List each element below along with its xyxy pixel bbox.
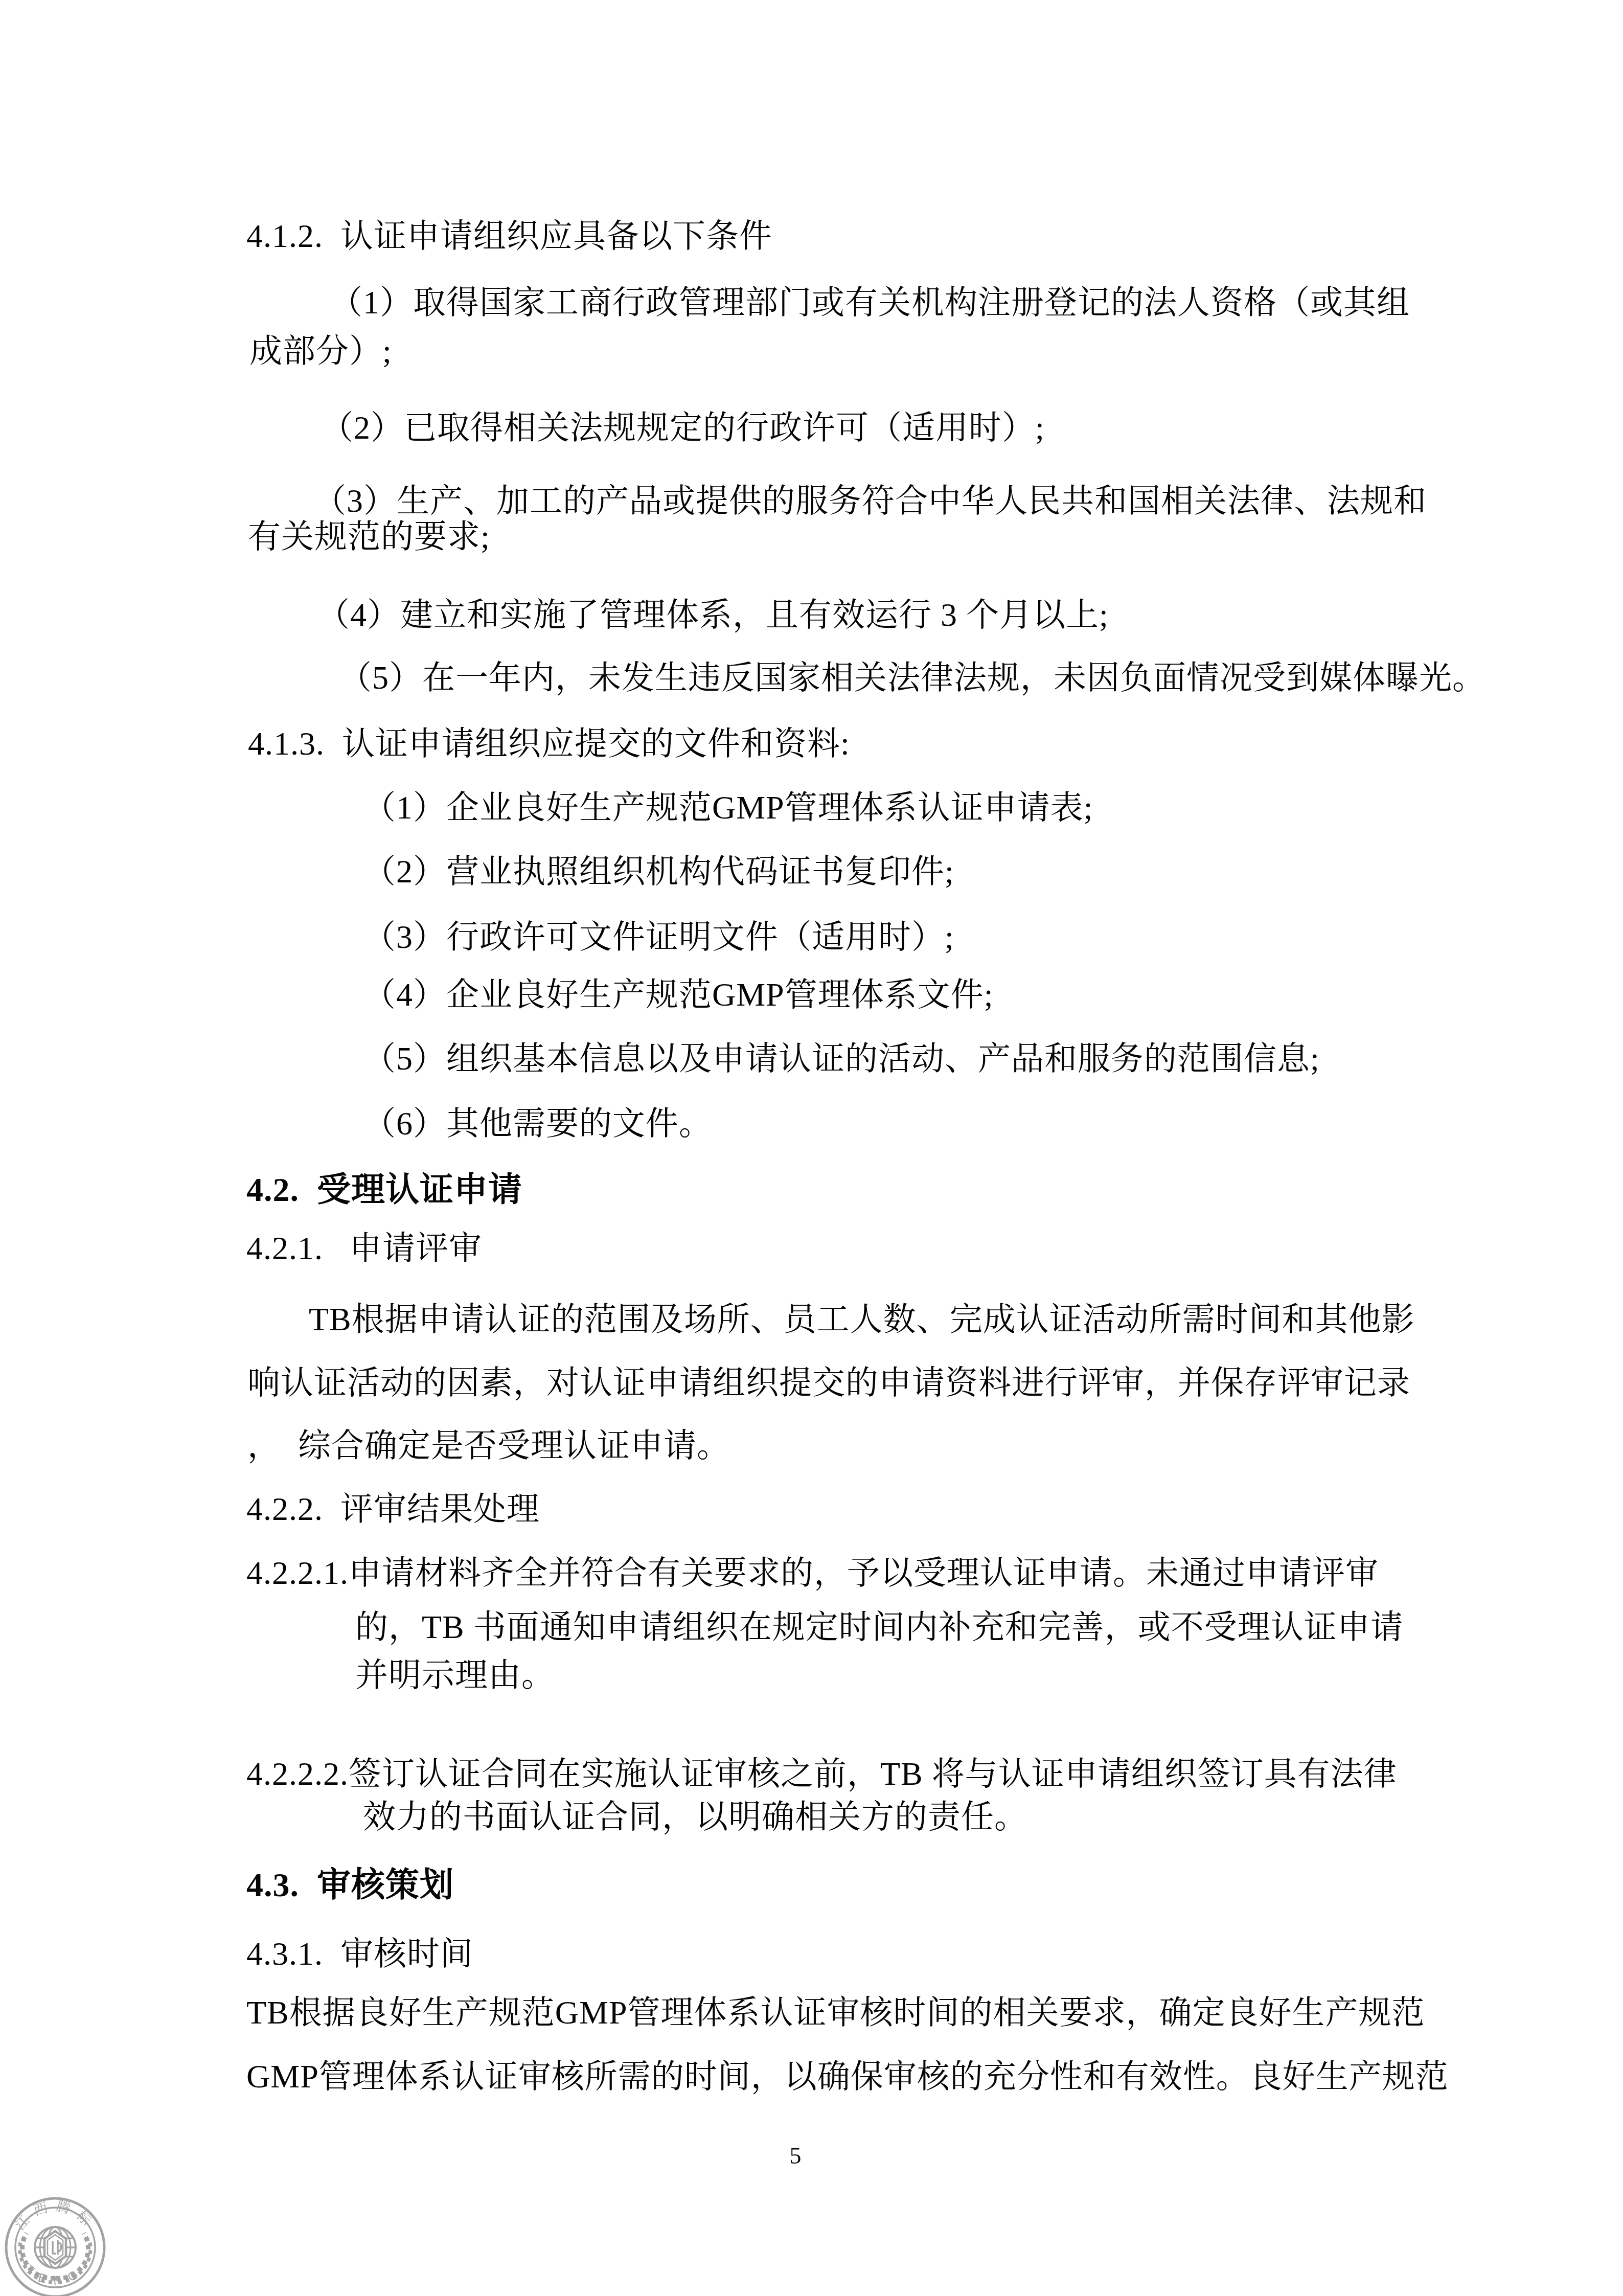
text-line: 响认证活动的因素，对认证申请组织提交的申请资料进行评审，并保存评审记录 bbox=[247, 1367, 1410, 1399]
text-line: GMP管理体系认证审核所需的时间，以确保审核的充分性和有效性。良好生产规范 bbox=[246, 2060, 1449, 2093]
text-line: （3）生产、加工的产品或提供的服务符合中华人民共和国相关法律、法规和 bbox=[313, 485, 1427, 517]
text-line: 4.2.2. 评审结果处理 bbox=[246, 1493, 540, 1526]
text-line: （6）其他需要的文件。 bbox=[363, 1107, 712, 1140]
text-line: 有关规范的要求; bbox=[248, 520, 490, 553]
text-line: （4）企业良好生产规范GMP管理体系文件; bbox=[363, 979, 994, 1011]
text-line: 4.1.2. 认证申请组织应具备以下条件 bbox=[246, 220, 772, 253]
section-heading: 4.2. 受理认证申请 bbox=[246, 1173, 522, 1207]
text-line: （5）组织基本信息以及申请认证的活动、产品和服务的范围信息; bbox=[363, 1042, 1320, 1075]
text-line: 的，TB 书面通知申请组织在规定时间内补充和完善，或不受理认证申请 bbox=[355, 1611, 1404, 1644]
text-line: TB根据申请认证的范围及场所、员工人数、完成认证活动所需时间和其他影 bbox=[309, 1303, 1415, 1336]
section-heading: 4.3. 审核策划 bbox=[246, 1869, 454, 1902]
text-line: （1）企业良好生产规范GMP管理体系认证申请表; bbox=[363, 791, 1093, 824]
text-line: （2）已取得相关法规规定的行政许可（适用时）; bbox=[321, 412, 1045, 444]
text-line: （2）营业执照组织机构代码证书复印件; bbox=[363, 855, 954, 888]
text-line: TB根据良好生产规范GMP管理体系认证审核时间的相关要求，确定良好生产规范 bbox=[246, 1996, 1425, 2029]
text-line: 4.2.1. 申请评审 bbox=[246, 1232, 482, 1265]
seal-bottom-text: TENG bbox=[23, 2262, 88, 2288]
text-line: （1）取得国家工商行政管理部门或有关机构注册登记的法人资格（或其组 bbox=[330, 286, 1410, 319]
text-line: 4.2.2.1.申请材料齐全并符合有关要求的，予以受理认证申请。未通过申请评审 bbox=[246, 1557, 1379, 1589]
company-seal: 江西腾标 TENG bbox=[3, 2195, 107, 2296]
text-line: （5）在一年内，未发生违反国家相关法律法规，未因负面情况受到媒体曝光。 bbox=[339, 662, 1485, 694]
document-page: 4.1.2. 认证申请组织应具备以下条件（1）取得国家工商行政管理部门或有关机构… bbox=[0, 0, 1623, 2296]
text-line: （3）行政许可文件证明文件（适用时）; bbox=[363, 921, 954, 953]
text-line: （4）建立和实施了管理体系，且有效运行 3 个月以上; bbox=[317, 599, 1109, 631]
text-line: 成部分）; bbox=[249, 335, 392, 368]
text-line: 4.2.2.2.签订认证合同在实施认证审核之前，TB 将与认证申请组织签订具有法… bbox=[246, 1758, 1397, 1790]
page-number: 5 bbox=[765, 2142, 826, 2169]
text-line: 4.3.1. 审核时间 bbox=[246, 1938, 473, 1970]
document-body: 4.1.2. 认证申请组织应具备以下条件（1）取得国家工商行政管理部门或有关机构… bbox=[0, 0, 1623, 2296]
text-line: 4.1.3. 认证申请组织应提交的文件和资料: bbox=[248, 728, 850, 760]
seal-emblem bbox=[44, 2231, 66, 2264]
text-line: ， 综合确定是否受理认证申请。 bbox=[247, 1429, 730, 1462]
text-line: 效力的书面认证合同，以明确相关方的责任。 bbox=[363, 1801, 1027, 1833]
text-line: 并明示理由。 bbox=[355, 1659, 555, 1692]
